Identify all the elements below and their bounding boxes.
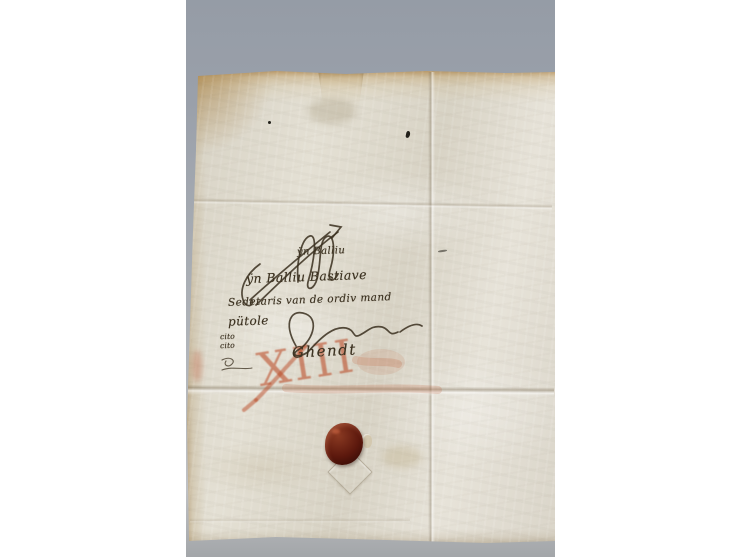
letter-paper: XIII <box>186 70 555 544</box>
stain <box>382 446 422 468</box>
upper-horizontal-fold-line <box>192 198 552 210</box>
ink-speck <box>438 249 447 252</box>
cito-squiggle <box>222 358 233 366</box>
ink-speck <box>268 121 271 124</box>
rate-mark: XIII <box>253 328 359 397</box>
address-line-2: ÿn Balliu Bastiave <box>246 267 367 286</box>
monogram-flourish <box>250 232 330 300</box>
address-line-1: ÿn Balliu <box>297 245 346 258</box>
photo-of-letter: XIII <box>0 0 740 557</box>
cito-underline <box>222 368 252 370</box>
ink-speck <box>405 131 410 139</box>
lower-flourish-curl <box>400 324 422 332</box>
photo-backdrop: XIII <box>186 0 555 557</box>
chalk-smear <box>286 388 438 390</box>
wax-remnant <box>362 434 372 448</box>
address-line-3: Sedetaris van de ordiv mand <box>228 291 392 309</box>
monogram-flourish <box>330 225 341 238</box>
red-chalk-smudge <box>192 350 202 382</box>
destination-ghendt: Ghendt <box>292 340 358 361</box>
chalk-slash <box>244 400 256 410</box>
paper-top-flap <box>318 70 364 109</box>
cito-note-2: cito <box>220 341 235 351</box>
bottom-faint-fold-line <box>190 518 410 523</box>
chalk-blot <box>357 349 405 375</box>
chalk-smear <box>356 360 398 364</box>
address-line-4: pütole <box>228 313 269 328</box>
vertical-fold-line <box>428 72 435 542</box>
lower-horizontal-fold-line <box>188 385 554 398</box>
